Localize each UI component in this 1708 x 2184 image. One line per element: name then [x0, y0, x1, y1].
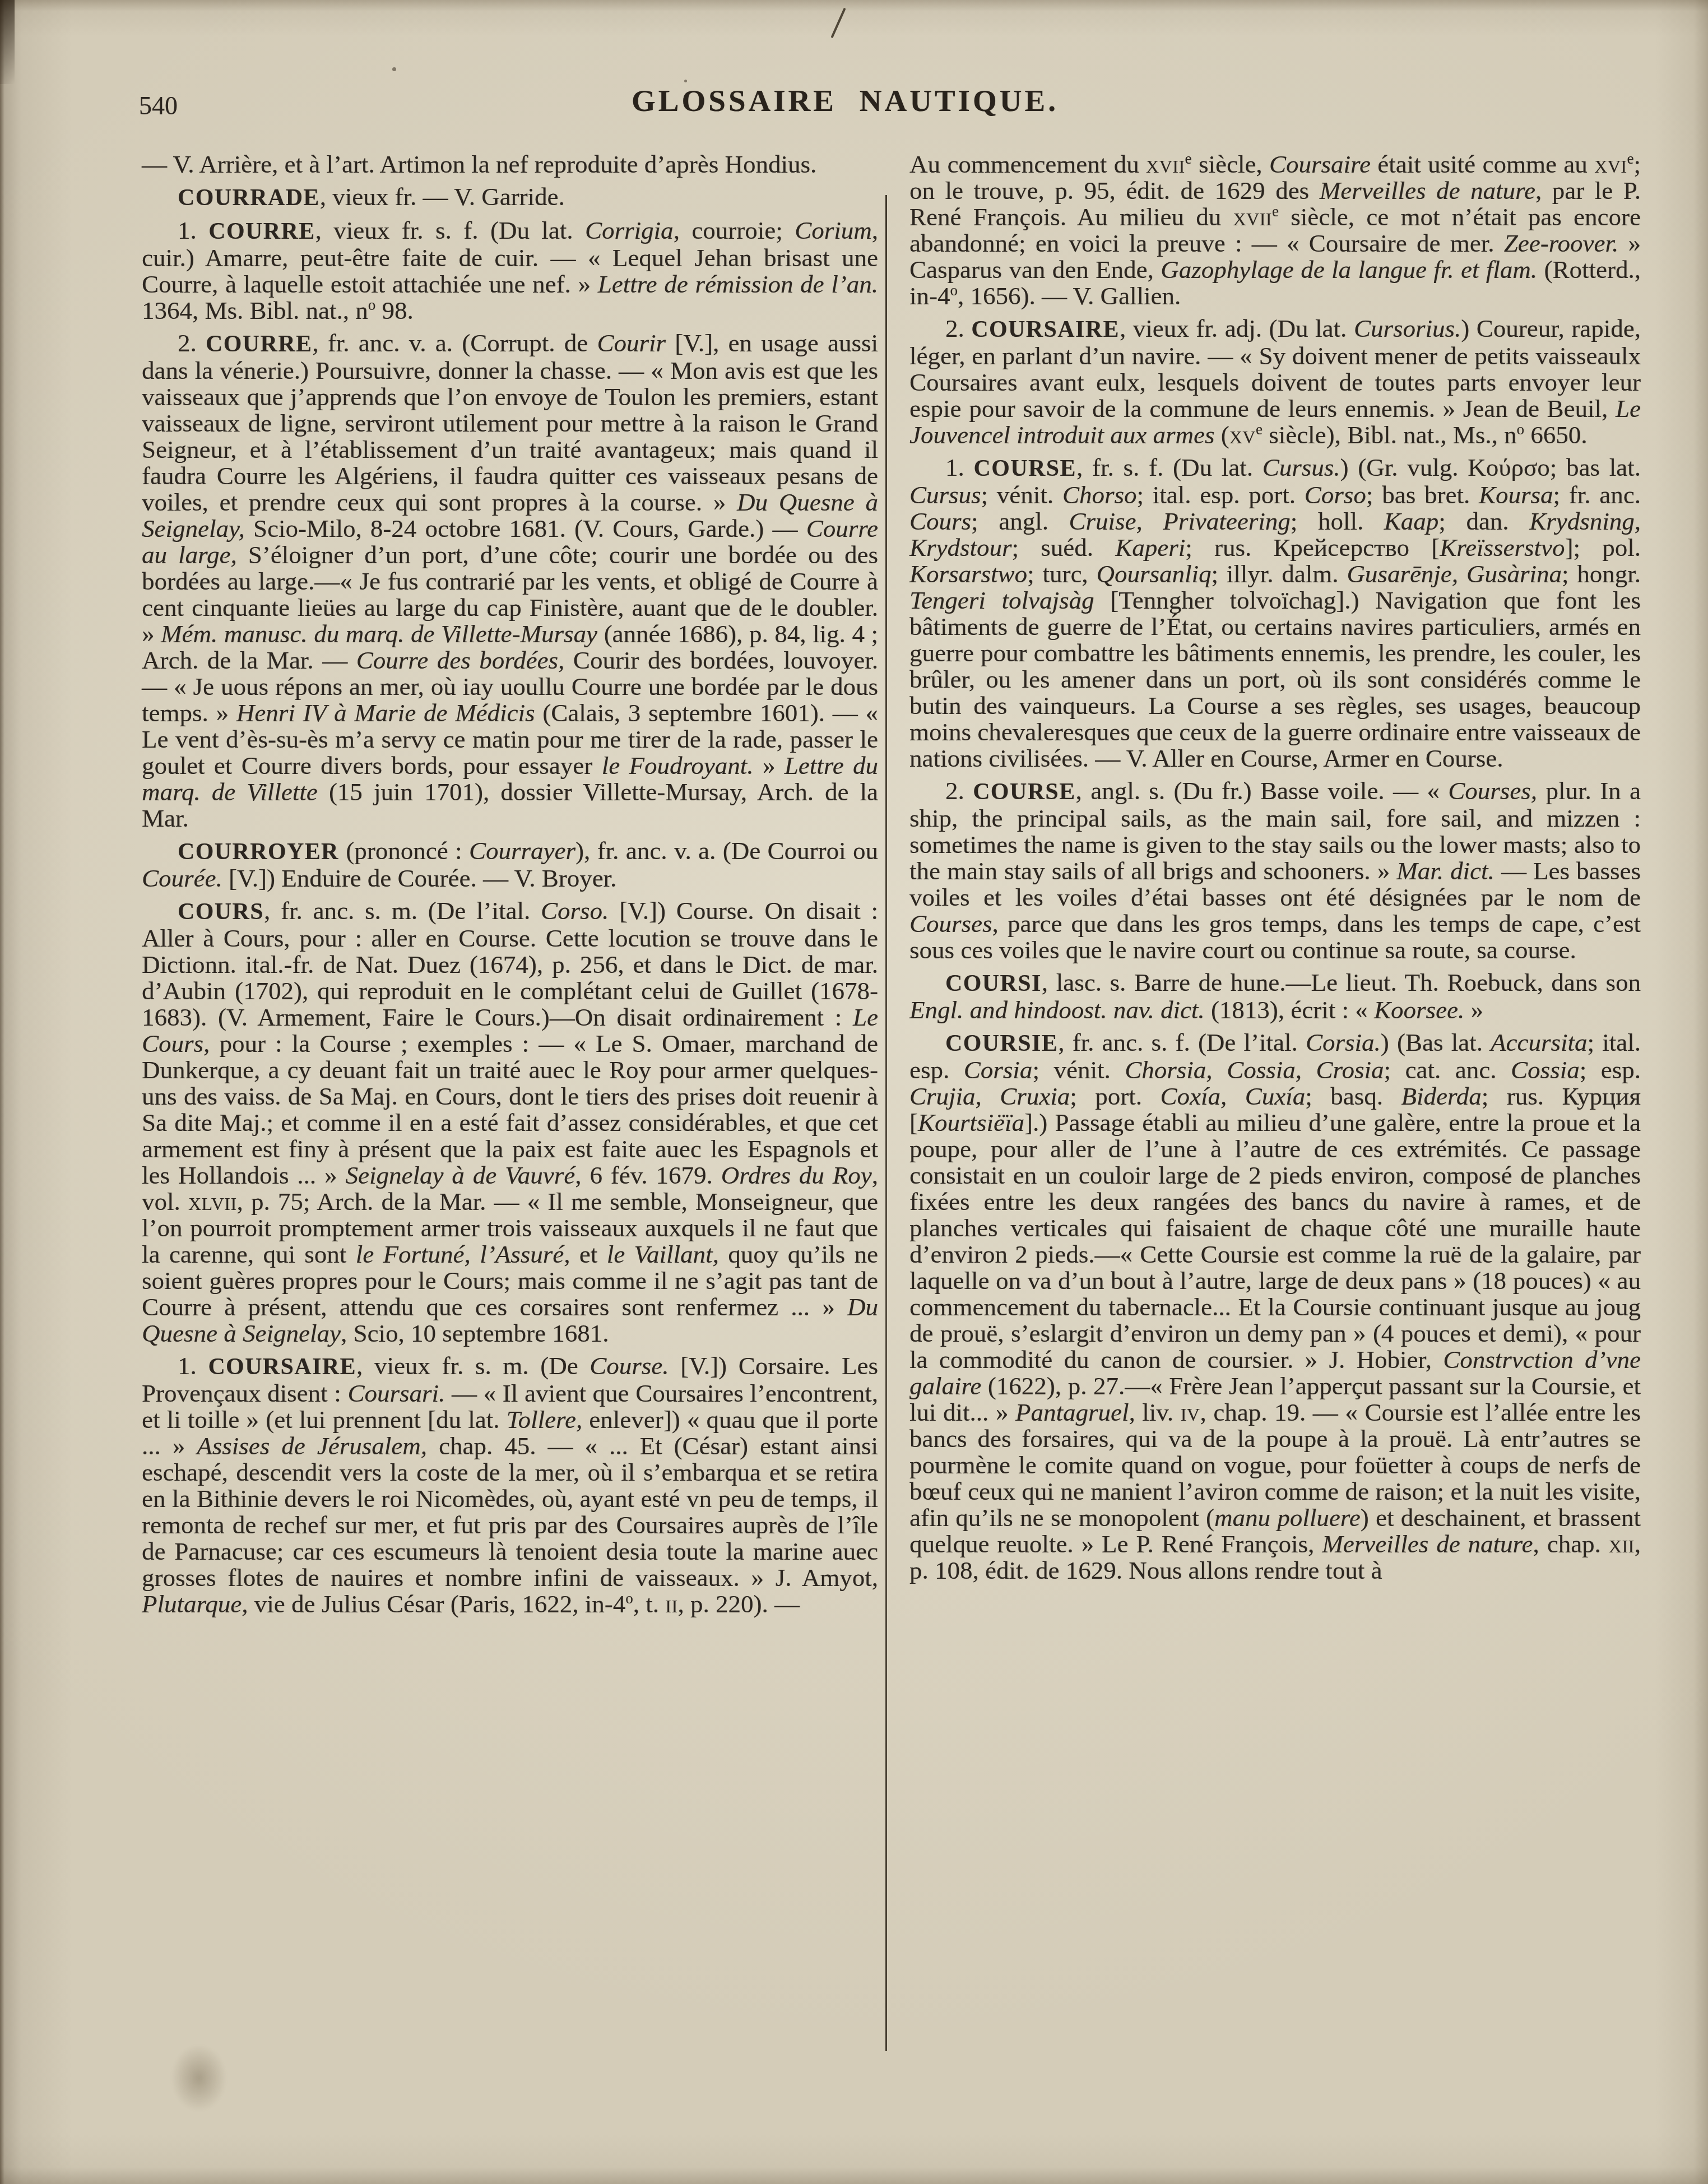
- headword: COURRE: [206, 331, 312, 357]
- text-segment: , vieux fr. adj. (Du lat.: [1120, 314, 1354, 342]
- text-segment: , p. 220). —: [678, 1590, 800, 1618]
- text-segment: Cursus: [909, 481, 981, 509]
- text-segment: e: [1185, 150, 1192, 167]
- text-segment: iv: [1181, 1398, 1200, 1426]
- running-title: GLOSSAIRE NAUTIQUE.: [0, 83, 1699, 118]
- column-divider-rule: [885, 195, 887, 2051]
- text-segment: Corsia: [964, 1056, 1033, 1084]
- text-segment: [Tenngher tolvoïchag].) Navigation que f…: [909, 586, 1641, 772]
- text-segment: , parce que dans les gros temps, dans le…: [909, 910, 1641, 964]
- text-segment: 1.: [945, 453, 974, 481]
- entry-paragraph: 2. COURSE, angl. s. (Du fr.) Basse voile…: [909, 778, 1641, 963]
- text-segment: ; fr. anc.: [1553, 481, 1641, 509]
- text-segment: le Fortuné, l’Assuré,: [356, 1240, 570, 1268]
- headword: COURSE: [974, 456, 1076, 481]
- text-segment: , fr. anc. s. f. (De l’ital.: [1058, 1028, 1306, 1056]
- ink-speck: [392, 67, 396, 71]
- text-segment: xvii: [1146, 150, 1185, 178]
- text-segment: ; esp.: [1580, 1056, 1641, 1084]
- text-segment: xvii: [1233, 203, 1272, 231]
- text-segment: Cursus.: [1263, 453, 1340, 481]
- text-segment: Mar. dict.: [1396, 857, 1494, 885]
- text-segment: Kaperi: [1115, 534, 1185, 562]
- text-segment: , vieux fr. — V. Garride.: [320, 183, 565, 211]
- text-segment: ; hongr.: [1562, 560, 1641, 588]
- text-segment: Plutarque,: [142, 1590, 248, 1618]
- text-segment: Corso: [1305, 481, 1366, 509]
- text-segment: Ordres du Roy: [721, 1161, 872, 1189]
- right-column: Au commencement du xviie siècle, Coursai…: [909, 151, 1641, 1590]
- text-segment: 1364, Ms. Bibl. nat., n: [142, 296, 368, 324]
- text-segment: o: [368, 296, 376, 313]
- text-segment: Cossia: [1511, 1056, 1580, 1084]
- text-segment: ; turc,: [1027, 560, 1096, 588]
- text-segment: , lasc. s. Barre de hune.—Le lieut. Th. …: [1042, 968, 1641, 996]
- text-segment: Biderda: [1401, 1082, 1481, 1110]
- entry-paragraph: Au commencement du xviie siècle, Coursai…: [909, 151, 1641, 309]
- entry-paragraph: COURROYER (prononcé : Courrayer), fr. an…: [142, 838, 878, 892]
- text-segment: Mém. manusc. du marq. de Villette-Mursay: [161, 620, 597, 648]
- text-segment: , vieux fr. s. f. (Du lat.: [315, 216, 586, 244]
- text-segment: 6650.: [1524, 421, 1588, 449]
- text-segment: manu polluere: [1214, 1504, 1361, 1532]
- text-segment: [V.]) Enduire de Courée. — V. Broyer.: [222, 864, 617, 892]
- text-segment: liv.: [1135, 1398, 1181, 1426]
- text-segment: Corso.: [541, 897, 609, 925]
- text-segment: ; ital. esp. port.: [1136, 481, 1304, 509]
- text-segment: 1.: [178, 1352, 208, 1380]
- headword: COURRADE: [178, 185, 320, 211]
- scanned-page: 540 GLOSSAIRE NAUTIQUE. — V. Arrière, et…: [0, 0, 1708, 2184]
- headword: COURSE: [973, 779, 1075, 805]
- text-segment: ; cat. anc.: [1384, 1056, 1511, 1084]
- text-segment: Qoursanliq: [1096, 560, 1211, 588]
- text-segment: ) (Bas lat.: [1381, 1028, 1491, 1056]
- text-segment: , 1656). — V. Gallien.: [958, 282, 1181, 310]
- text-segment: Koorsee.: [1374, 996, 1464, 1024]
- text-segment: , t.: [633, 1590, 666, 1618]
- text-segment: Kreïsserstvo: [1440, 534, 1565, 562]
- text-segment: 1.: [178, 216, 208, 244]
- headword: COURSIE: [945, 1031, 1058, 1056]
- text-segment: Corrigia: [585, 216, 674, 244]
- text-segment: xlvii: [188, 1188, 237, 1216]
- text-segment: et: [570, 1240, 606, 1268]
- text-segment: siècle,: [1192, 150, 1269, 178]
- text-segment: , fr. s. f. (Du lat.: [1076, 453, 1263, 481]
- stray-ink-mark: [830, 8, 846, 39]
- text-segment: ; rus. Крейсерство [: [1185, 534, 1440, 562]
- text-segment: Pantagruel,: [1015, 1398, 1135, 1426]
- ink-speck: [684, 80, 687, 82]
- entry-paragraph: 2. COURSAIRE, vieux fr. adj. (Du lat. Cu…: [909, 316, 1641, 448]
- text-segment: le Foudroyant.: [602, 752, 754, 780]
- text-segment: o: [950, 282, 958, 299]
- text-segment: ; bas bret.: [1366, 481, 1479, 509]
- text-segment: »: [1464, 996, 1483, 1024]
- entry-paragraph: COURSI, lasc. s. Barre de hune.—Le lieut…: [909, 970, 1641, 1023]
- text-segment: , vieux fr. s. m. (De: [356, 1352, 590, 1380]
- text-segment: (1813), écrit : «: [1205, 996, 1374, 1024]
- headword: COURRE: [208, 219, 315, 244]
- text-segment: , fr. anc. s. m. (De l’ital.: [264, 897, 541, 925]
- text-segment: Corsia.: [1306, 1028, 1381, 1056]
- text-segment: (: [1214, 421, 1229, 449]
- left-column: — V. Arrière, et à l’art. Artimon la nef…: [142, 151, 878, 1624]
- entry-paragraph: — V. Arrière, et à l’art. Artimon la nef…: [142, 151, 878, 178]
- headword: COURSAIRE: [208, 1354, 356, 1380]
- text-segment: 98.: [375, 296, 414, 324]
- text-segment: ; holl.: [1291, 507, 1384, 535]
- text-segment: , courroie;: [674, 216, 795, 244]
- text-segment: ; dan.: [1438, 507, 1529, 535]
- text-segment: Cours: [909, 507, 971, 535]
- entry-paragraph: 1. COURRE, vieux fr. s. f. (Du lat. Corr…: [142, 217, 878, 324]
- text-segment: siècle), Bibl. nat., Ms., n: [1263, 421, 1517, 449]
- text-segment: Korsarstwo: [909, 560, 1027, 588]
- text-segment: Gazophylage de la langue fr. et flam.: [1161, 256, 1537, 284]
- text-segment: 2.: [945, 314, 971, 342]
- text-segment: (prononcé :: [339, 837, 469, 865]
- entry-paragraph: 1. COURSE, fr. s. f. (Du lat. Cursus.) (…: [909, 455, 1641, 772]
- text-segment: Courir: [597, 329, 666, 357]
- text-segment: o: [625, 1590, 633, 1607]
- text-segment: e: [1256, 421, 1263, 438]
- text-segment: Courrayer: [469, 837, 575, 865]
- text-segment: Course.: [590, 1352, 669, 1380]
- text-segment: 2.: [178, 329, 206, 357]
- text-segment: vie de Julius César (Paris, 1622, in-4: [248, 1590, 626, 1618]
- text-segment: Lettre de rémission de l’an.: [598, 270, 878, 298]
- text-segment: Coursaire: [1269, 150, 1371, 178]
- text-segment: Kaap: [1384, 507, 1439, 535]
- text-segment: Scio-Milo, 8-24 octobre 1681. (V. Cours,…: [245, 514, 806, 542]
- text-segment: ii: [665, 1590, 677, 1618]
- text-segment: Chorsia, Cossia, Crosia: [1125, 1056, 1384, 1084]
- headword: COURSAIRE: [971, 317, 1120, 342]
- text-segment: Seignelay à de Vauvré: [346, 1161, 575, 1189]
- text-segment: Corium: [795, 216, 872, 244]
- text-segment: Gusarēnje, Gusàrina: [1347, 560, 1562, 588]
- text-segment: Cruise, Privateering: [1069, 507, 1290, 535]
- text-segment: ; vénit.: [1032, 1056, 1125, 1084]
- text-segment: Accursita: [1491, 1028, 1587, 1056]
- text-segment: xv: [1229, 421, 1256, 449]
- text-segment: était usité comme au: [1371, 150, 1594, 178]
- text-segment: ) (Gr. vulg. Κούρσο; bas lat.: [1340, 453, 1641, 481]
- text-segment: xvi: [1594, 150, 1627, 178]
- text-segment: , chap.: [1533, 1530, 1608, 1558]
- text-segment: Henri IV à Marie de Médicis: [236, 699, 535, 727]
- text-segment: , angl. s. (Du fr.) Basse voile. — «: [1076, 777, 1449, 805]
- text-segment: Koursa: [1479, 481, 1553, 509]
- entry-paragraph: 2. COURRE, fr. anc. v. a. (Corrupt. de C…: [142, 330, 878, 832]
- text-segment: Courses: [909, 910, 992, 938]
- text-segment: , Scio, 10 septembre 1681.: [341, 1319, 609, 1347]
- headword: COURROYER: [178, 839, 339, 865]
- text-segment: Coursari.: [347, 1379, 445, 1407]
- text-segment: Cursorius.: [1354, 314, 1461, 342]
- entry-paragraph: COURRADE, vieux fr. — V. Garride.: [142, 184, 878, 211]
- text-segment: e: [1627, 150, 1634, 167]
- text-segment: ; illyr. dalm.: [1211, 560, 1347, 588]
- text-segment: le Vaillant,: [607, 1240, 719, 1268]
- text-segment: 2.: [945, 777, 973, 805]
- text-segment: Zee-roover.: [1504, 229, 1619, 257]
- text-segment: , fr. anc. v. a. (Corrupt. de: [312, 329, 597, 357]
- text-segment: »: [754, 752, 785, 780]
- text-segment: ; basq.: [1305, 1082, 1401, 1110]
- headword: COURS: [178, 899, 264, 925]
- text-segment: ; port.: [1070, 1082, 1160, 1110]
- text-segment: ; suéd.: [1012, 534, 1116, 562]
- text-segment: Crujia, Cruxia: [909, 1082, 1070, 1110]
- text-segment: — V. Arrière, et à l’art. Artimon la nef…: [142, 150, 816, 178]
- text-segment: Engl. and hindoost. nav. dict.: [909, 996, 1205, 1024]
- text-segment: Au commencement du: [909, 150, 1146, 178]
- text-segment: ), fr. anc. v. a. (De Courroi ou: [575, 837, 878, 865]
- headword: COURSI: [945, 971, 1042, 996]
- text-segment: Coxía, Cuxía: [1161, 1082, 1306, 1110]
- text-segment: Merveilles de nature: [1320, 177, 1535, 205]
- text-segment: , 6 fév. 1679.: [575, 1161, 721, 1189]
- text-segment: e: [1272, 203, 1279, 220]
- paper-stain: [171, 2044, 227, 2112]
- text-segment: o: [1517, 421, 1525, 438]
- text-segment: Tengeri tolvajsàg: [909, 586, 1094, 614]
- text-segment: Courée.: [142, 864, 222, 892]
- entry-paragraph: COURSIE, fr. anc. s. f. (De l’ital. Cors…: [909, 1030, 1641, 1584]
- entry-paragraph: 1. COURSAIRE, vieux fr. s. m. (De Course…: [142, 1353, 878, 1617]
- text-segment: Courses,: [1448, 777, 1537, 805]
- text-segment: Tollere,: [507, 1406, 582, 1434]
- text-segment: xii: [1609, 1530, 1635, 1558]
- text-segment: Kourtsiëïa: [918, 1109, 1024, 1137]
- text-segment: ]; pol.: [1565, 534, 1641, 562]
- text-segment: Assises de Jérusalem,: [197, 1432, 427, 1460]
- entry-paragraph: COURS, fr. anc. s. m. (De l’ital. Corso.…: [142, 898, 878, 1347]
- text-segment: Courre des bordées,: [356, 646, 565, 674]
- text-segment: ; angl.: [971, 507, 1069, 535]
- text-segment: Merveilles de nature: [1322, 1530, 1533, 1558]
- text-segment: ].) Passage établi au milieu d’une galèr…: [909, 1109, 1641, 1374]
- text-segment: Chorso: [1062, 481, 1137, 509]
- text-segment: ; vénit.: [981, 481, 1062, 509]
- scan-gutter-shadow: [0, 0, 15, 84]
